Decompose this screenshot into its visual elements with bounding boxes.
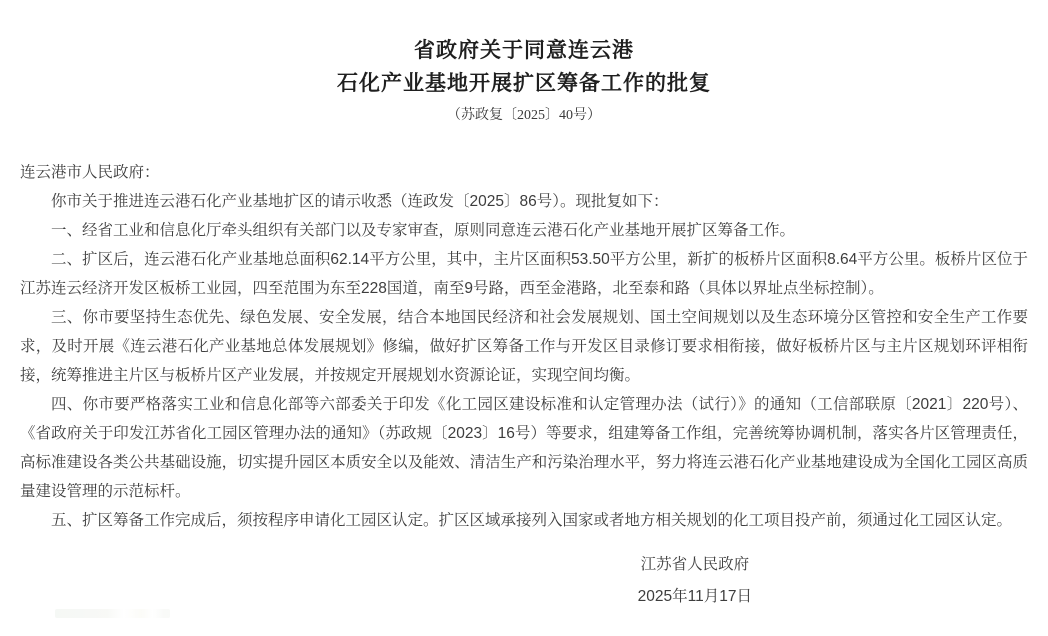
paragraph-item-2: 二、扩区后，连云港石化产业基地总面积62.14平方公里，其中，主片区面积53.5… [20,245,1028,303]
paragraph-item-4: 四、你市要严格落实工业和信息化部等六部委关于印发《化工园区建设标准和认定管理办法… [20,390,1028,506]
salutation: 连云港市人民政府： [20,158,1028,187]
faint-watermark [55,609,170,618]
issuing-authority: 江苏省人民政府 [638,549,752,581]
paragraph-item-5: 五、扩区筹备工作完成后，须按程序申请化工园区认定。扩区区域承接列入国家或者地方相… [20,506,1028,535]
paragraph-item-1: 一、经省工业和信息化厅牵头组织有关部门以及专家审查，原则同意连云港石化产业基地开… [20,216,1028,245]
paragraph-intro: 你市关于推进连云港石化产业基地扩区的请示收悉（连政发〔2025〕86号）。现批复… [20,187,1028,216]
document-page: 省政府关于同意连云港 石化产业基地开展扩区筹备工作的批复 （苏政复〔2025〕4… [0,0,1048,636]
signature-block: 江苏省人民政府 2025年11月17日 [638,549,752,613]
document-title: 省政府关于同意连云港 石化产业基地开展扩区筹备工作的批复 [0,0,1048,100]
title-line-1: 省政府关于同意连云港 [0,34,1048,67]
title-line-2: 石化产业基地开展扩区筹备工作的批复 [0,67,1048,100]
document-body: 连云港市人民政府： 你市关于推进连云港石化产业基地扩区的请示收悉（连政发〔202… [0,158,1048,535]
issue-date: 2025年11月17日 [638,581,752,613]
paragraph-item-3: 三、你市要坚持生态优先、绿色发展、安全发展，结合本地国民经济和社会发展规划、国土… [20,303,1028,390]
document-number: （苏政复〔2025〕40号） [0,106,1048,126]
